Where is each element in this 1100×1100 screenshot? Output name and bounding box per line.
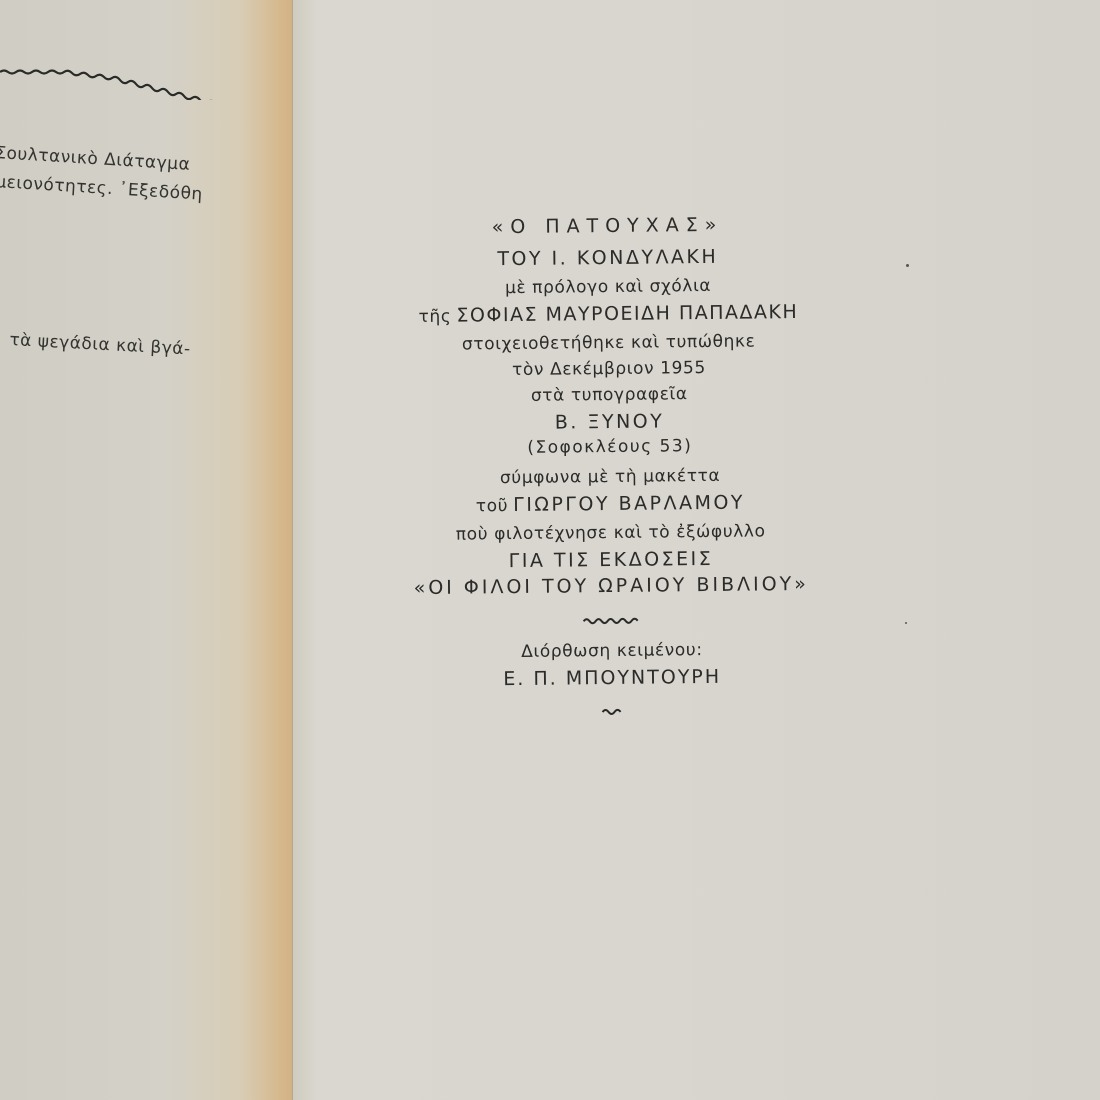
preface-author: τῆς ΣΟΦΙΑΣ ΜΑΥΡΟΕΙΔΗ ΠΑΠΑΔΑΚΗ bbox=[378, 301, 838, 332]
publisher-name: «ΟΙ ΦΙΛΟΙ ΤΟΥ ΩΡΑΙΟΥ ΒΙΒΛΙΟΥ» bbox=[381, 573, 841, 604]
designer: τοῦ ΓΙΩΡΓΟΥ ΒΑΡΛΑΜΟΥ bbox=[380, 491, 840, 522]
left-page-text-line: μειονότητες. ᾿Εξεδόθη bbox=[0, 172, 203, 205]
preface-author-name: ΣΟΦΙΑΣ ΜΑΥΡΟΕΙΔΗ ΠΑΠΑΔΑΚΗ bbox=[456, 301, 798, 327]
left-page-text-line: Σουλτανικὸ Διάταγμα bbox=[0, 143, 191, 175]
proofreader-name: Ε. Π. ΜΠΟΥΝΤΟΥΡΗ bbox=[382, 665, 842, 696]
paper-speck bbox=[906, 264, 909, 267]
left-page-text-line: τὰ ψεγάδια καὶ βγά- bbox=[9, 330, 191, 359]
wavy-ornament bbox=[582, 615, 642, 628]
book-title: «Ο ΠΑΤΟΥΧΑΣ» bbox=[377, 213, 837, 248]
wavy-rule-ornament bbox=[0, 60, 230, 100]
small-wavy-ornament bbox=[601, 707, 625, 717]
designer-name: ΓΙΩΡΓΟΥ ΒΑΡΛΑΜΟΥ bbox=[513, 492, 745, 516]
designer-prefix: τοῦ bbox=[476, 496, 508, 516]
paper-speck bbox=[905, 622, 907, 624]
left-page: Σουλτανικὸ Διάταγμα μειονότητες. ᾿Εξεδόθ… bbox=[0, 0, 300, 1100]
colophon: «Ο ΠΑΤΟΥΧΑΣ» ΤΟΥ Ι. ΚΟΝΔΥΛΑΚΗ μὲ πρόλογο… bbox=[377, 213, 842, 720]
printer-address: (Σοφοκλέους 53) bbox=[380, 435, 840, 466]
preface-prefix: τῆς bbox=[419, 307, 452, 327]
book-author: ΤΟΥ Ι. ΚΟΝΔΥΛΑΚΗ bbox=[378, 245, 838, 280]
